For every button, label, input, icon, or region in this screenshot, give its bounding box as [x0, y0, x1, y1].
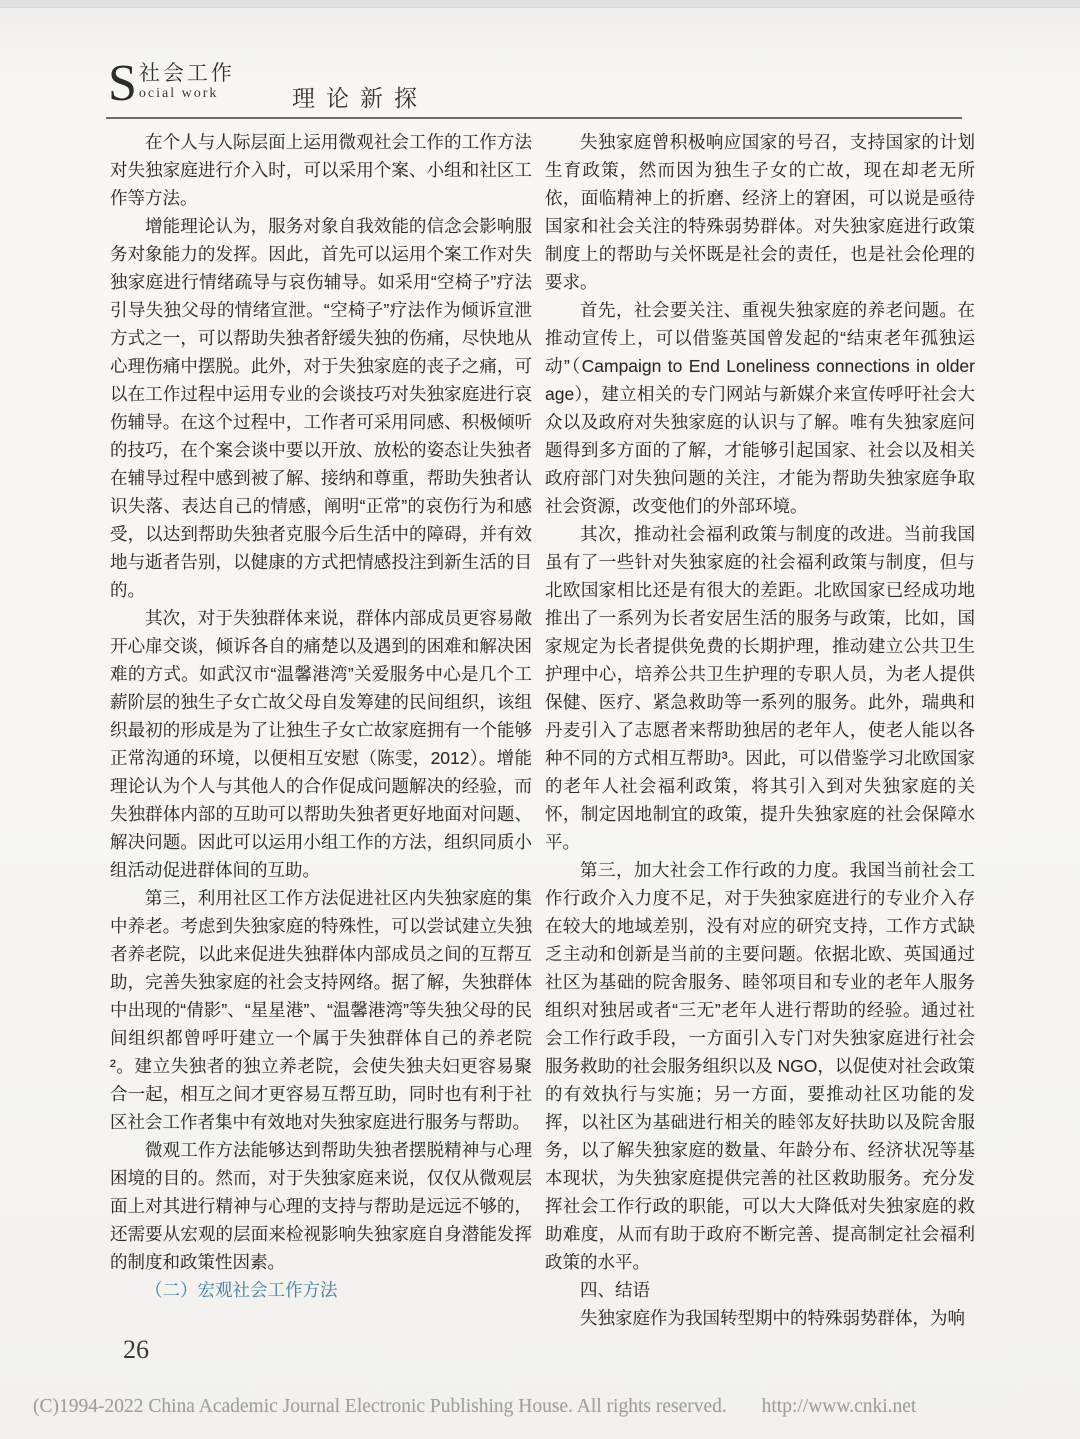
copyright-line: (C)1994-2022 China Academic Journal Elec… [33, 1396, 1053, 1418]
logo-title-english: ocial work [139, 86, 235, 102]
journal-header: S 社会工作 ocial work 理论新探 [108, 58, 235, 116]
scan-edge-strip [0, 0, 1080, 8]
logo-letter-s: S [108, 58, 137, 110]
paragraph: 第三，利用社区工作方法促进社区内失独家庭的集中养老。考虑到失独家庭的特殊性，可以… [110, 884, 532, 1136]
logo-text-stack: 社会工作 ocial work [139, 62, 235, 102]
paragraph: 增能理论认为，服务对象自我效能的信念会影响服务对象能力的发挥。因此，首先可以运用… [110, 212, 532, 604]
left-column: 在个人与人际层面上运用微观社会工作的工作方法对失独家庭进行介入时，可以采用个案、… [110, 128, 532, 1304]
copyright-text: (C)1994-2022 China Academic Journal Elec… [33, 1396, 727, 1417]
journal-logo: S 社会工作 ocial work [108, 58, 235, 110]
paragraph: 首先，社会要关注、重视失独家庭的养老问题。在推动宣传上，可以借鉴英国曾发起的“结… [545, 296, 975, 520]
header-rule [106, 117, 962, 119]
paragraph: 其次，推动社会福利政策与制度的改进。当前我国虽有了一些针对失独家庭的社会福利政策… [545, 520, 975, 856]
right-column: 失独家庭曾积极响应国家的号召，支持国家的计划生育政策，然而因为独生子女的亡故，现… [545, 128, 975, 1332]
paragraph: 其次，对于失独群体来说，群体内部成员更容易敞开心扉交谈，倾诉各自的痛楚以及遇到的… [110, 604, 532, 884]
column-section-title: 理论新探 [292, 80, 428, 113]
subsection-heading-macro-methods: （二）宏观社会工作方法 [110, 1276, 532, 1304]
paragraph: 在个人与人际层面上运用微观社会工作的工作方法对失独家庭进行介入时，可以采用个案、… [110, 128, 532, 212]
journal-page: S 社会工作 ocial work 理论新探 在个人与人际层面上运用微观社会工作… [0, 0, 1080, 1439]
section-heading-conclusion: 四、结语 [545, 1276, 975, 1304]
paragraph: 第三，加大社会工作行政的力度。我国当前社会工作行政介入力度不足，对于失独家庭进行… [545, 856, 975, 1276]
paragraph: 失独家庭曾积极响应国家的号召，支持国家的计划生育政策，然而因为独生子女的亡故，现… [545, 128, 975, 296]
cnki-url: http://www.cnki.net [762, 1396, 917, 1417]
paragraph: 失独家庭作为我国转型期中的特殊弱势群体，为响 [545, 1304, 975, 1332]
page-number: 26 [123, 1335, 149, 1365]
logo-title-chinese: 社会工作 [139, 62, 235, 86]
paragraph: 微观工作方法能够达到帮助失独者摆脱精神与心理困境的目的。然而，对于失独家庭来说，… [110, 1136, 532, 1276]
